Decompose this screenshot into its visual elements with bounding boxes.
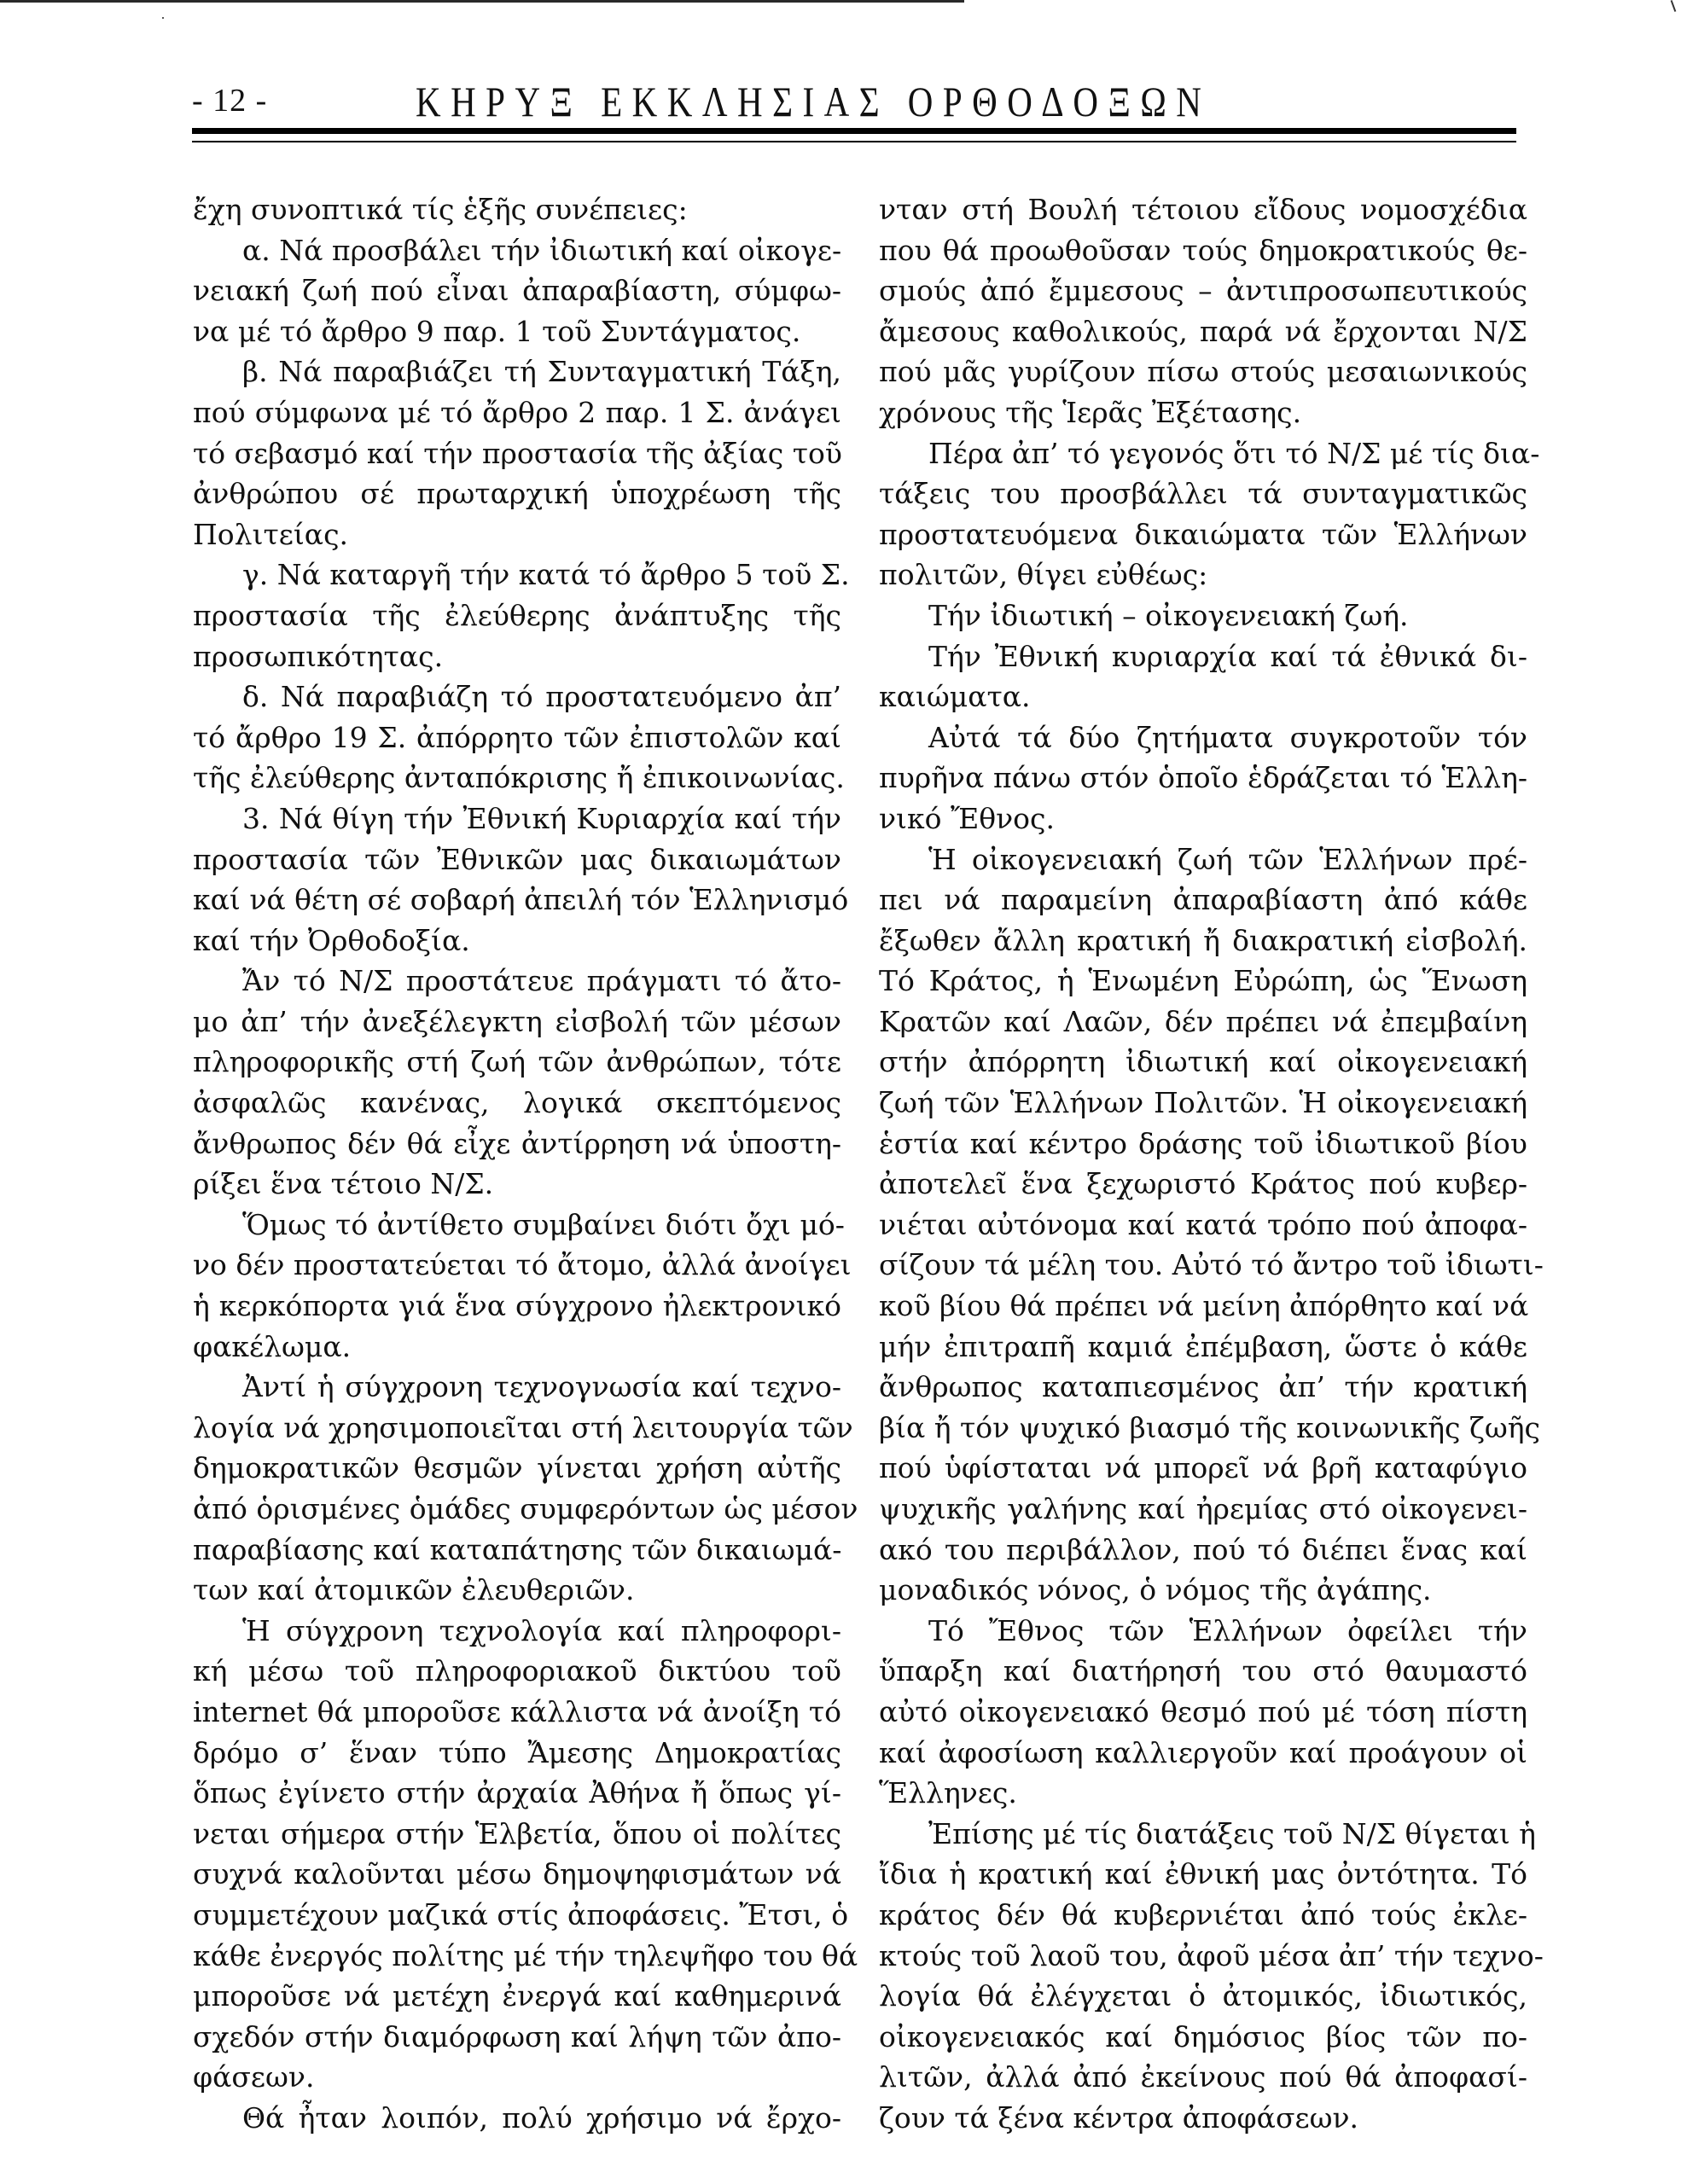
text-line: Πέρα ἀπ’ τό γεγονός ὅτι τό Ν/Σ μέ τίς δι… bbox=[879, 433, 1527, 474]
text-line: μήν ἐπιτραπῆ καμιά ἐπέμβαση, ὥστε ὁ κάθε bbox=[879, 1327, 1527, 1368]
left-text-column: ἔχη συνοπτικά τίς ἑξῆς συνέπειες:α. Νά π… bbox=[193, 189, 841, 2139]
text-line: σμούς ἀπό ἔμμεσους – ἀντιπροσωπευτικούς bbox=[879, 270, 1527, 311]
text-line: νειακή ζωή πού εἶναι ἀπαραβίαστη, σύμφω- bbox=[193, 270, 841, 311]
text-line: ἄνθρωπος καταπιεσμένος ἀπ’ τήν κρατική bbox=[879, 1367, 1527, 1408]
text-line: ἀποτελεῖ ἕνα ξεχωριστό Κράτος πού κυβερ- bbox=[879, 1164, 1527, 1205]
text-line: πληροφορικῆς στή ζωή τῶν ἀνθρώπων, τότε bbox=[193, 1042, 841, 1083]
text-line: Κρατῶν καί Λαῶν, δέν πρέπει νά ἐπεμβαίνη bbox=[879, 1002, 1527, 1043]
text-line: πού ὑφίσταται νά μπορεῖ νά βρῆ καταφύγιο bbox=[879, 1448, 1527, 1489]
page-header: - 12 - ΚΗΡΥΞ ΕΚΚΛΗΣΙΑΣ ΟΡΘΟΔΟΞΩΝ bbox=[192, 77, 1515, 128]
text-line: καί τήν Ὀρθοδοξία. bbox=[193, 921, 841, 961]
text-line: Ἕλληνες. bbox=[879, 1773, 1527, 1814]
text-line: νιέται αὐτόνομα καί κατά τρόπο πού ἀποφα… bbox=[879, 1205, 1527, 1246]
text-line: Ἀντί ἡ σύγχρονη τεχνογνωσία καί τεχνο- bbox=[193, 1367, 841, 1408]
text-line: να μέ τό ἄρθρο 9 παρ. 1 τοῦ Συντάγματος. bbox=[193, 311, 841, 352]
text-line: ἡ κερκόπορτα γιά ἕνα σύγχρονο ἠλεκτρονικ… bbox=[193, 1286, 841, 1327]
text-line: νεται σήμερα στήν Ἑλβετία, ὅπου οἱ πολίτ… bbox=[193, 1814, 841, 1855]
scan-edge-artifact bbox=[0, 0, 964, 3]
text-line: φακέλωμα. bbox=[193, 1327, 841, 1368]
text-line: κοῦ βίου θά πρέπει νά μείνη ἀπόρθητο καί… bbox=[879, 1286, 1527, 1327]
text-line: προστασία τῆς ἐλεύθερης ἀνάπτυξης τῆς bbox=[193, 595, 841, 636]
text-line: Ἄν τό Ν/Σ προστάτευε πράγματι τό ἄτο- bbox=[193, 961, 841, 1002]
text-line: ἄμεσους καθολικούς, παρά νά ἔρχονται Ν/Σ bbox=[879, 311, 1527, 352]
text-line: καιώματα. bbox=[879, 677, 1527, 717]
text-line: ἀνθρώπου σέ πρωταρχική ὑποχρέωση τῆς bbox=[193, 473, 841, 514]
text-line: α. Νά προσβάλει τήν ἰδιωτική καί οἰκογε- bbox=[193, 230, 841, 271]
text-line: Ἡ οἰκογενειακή ζωή τῶν Ἑλλήνων πρέ- bbox=[879, 839, 1527, 880]
text-line: συμμετέχουν μαζικά στίς ἀποφάσεις. Ἔτσι,… bbox=[193, 1895, 841, 1936]
text-line: παραβίασης καί καταπάτησης τῶν δικαιωμά- bbox=[193, 1530, 841, 1571]
text-line: Ἐπίσης μέ τίς διατάξεις τοῦ Ν/Σ θίγεται … bbox=[879, 1814, 1527, 1855]
text-line: τό ἄρθρο 19 Σ. ἀπόρρητο τῶν ἐπιστολῶν κα… bbox=[193, 717, 841, 758]
text-line: Ἡ σύγχρονη τεχνολογία καί πληροφορι- bbox=[193, 1611, 841, 1652]
text-line: πολιτῶν, θίγει εὐθέως: bbox=[879, 555, 1527, 595]
text-line: ὅπως ἐγίνετο στήν ἀρχαία Ἀθήνα ἤ ὅπως γί… bbox=[193, 1773, 841, 1814]
text-line: καί νά θέτη σέ σοβαρή ἀπειλή τόν Ἑλληνισ… bbox=[193, 880, 841, 921]
text-line: πού σύμφωνα μέ τό ἄρθρο 2 παρ. 1 Σ. ἀνάγ… bbox=[193, 392, 841, 433]
text-line: προσωπικότητας. bbox=[193, 636, 841, 677]
text-line: ὕπαρξη καί διατήρησή του στό θαυμαστό bbox=[879, 1651, 1527, 1692]
text-line: β. Νά παραβιάζει τή Συνταγματική Τάξη, bbox=[193, 351, 841, 392]
text-line: ζωή τῶν Ἑλλήνων Πολιτῶν. Ἡ οἰκογενειακή bbox=[879, 1083, 1527, 1124]
text-line: 3. Νά θίγη τήν Ἐθνική Κυριαρχία καί τήν bbox=[193, 799, 841, 839]
text-line: κή μέσω τοῦ πληροφοριακοῦ δικτύου τοῦ bbox=[193, 1651, 841, 1692]
text-line: Τό Κράτος, ἡ Ἑνωμένη Εὐρώπη, ὡς Ἕνωση bbox=[879, 961, 1527, 1002]
text-line: λογία νά χρησιμοποιεῖται στή λειτουργία … bbox=[193, 1408, 841, 1449]
text-line: ἄνθρωπος δέν θά εἶχε ἀντίρρηση νά ὑποστη… bbox=[193, 1124, 841, 1165]
text-line: χρόνους τῆς Ἱερᾶς Ἐξέτασης. bbox=[879, 392, 1527, 433]
text-line: ψυχικῆς γαλήνης καί ἠρεμίας στό οἰκογενε… bbox=[879, 1489, 1527, 1530]
right-text-column: νταν στή Βουλή τέτοιου εἴδους νομοσχέδια… bbox=[879, 189, 1527, 2139]
text-line: Τό Ἔθνος τῶν Ἑλλήνων ὀφείλει τήν bbox=[879, 1611, 1527, 1652]
publication-masthead: ΚΗΡΥΞ ΕΚΚΛΗΣΙΑΣ ΟΡΘΟΔΟΞΩΝ bbox=[416, 77, 1211, 126]
header-rule-thin bbox=[192, 141, 1516, 142]
text-line: κράτος δέν θά κυβερνιέται ἀπό τούς ἐκλε- bbox=[879, 1895, 1527, 1936]
text-line: που θά προωθοῦσαν τούς δημοκρατικούς θε- bbox=[879, 230, 1527, 271]
page-number: - 12 - bbox=[192, 82, 267, 119]
text-line: δ. Νά παραβιάζη τό προστατευόμενο ἀπ’ bbox=[193, 677, 841, 717]
text-line: ἴδια ἡ κρατική καί ἐθνική μας ὀντότητα. … bbox=[879, 1854, 1527, 1895]
text-line: γ. Νά καταργῆ τήν κατά τό ἄρθρο 5 τοῦ Σ. bbox=[193, 555, 841, 595]
text-line: λογία θά ἐλέγχεται ὁ ἀτομικός, ἰδιωτικός… bbox=[879, 1976, 1527, 2017]
text-line: οἰκογενειακός καί δημόσιος βίος τῶν πο- bbox=[879, 2017, 1527, 2058]
scan-corner-artifact bbox=[1671, 0, 1677, 12]
text-line: ἔξωθεν ἄλλη κρατική ἤ διακρατική εἰσβολή… bbox=[879, 921, 1527, 961]
text-line: Πολιτείας. bbox=[193, 514, 841, 555]
text-line: Τήν ἰδιωτική – οἰκογενειακή ζωή. bbox=[879, 595, 1527, 636]
text-line: νο δέν προστατεύεται τό ἄτομο, ἀλλά ἀνοί… bbox=[193, 1245, 841, 1286]
text-line: ακό του περιβάλλον, πού τό διέπει ἕνας κ… bbox=[879, 1530, 1527, 1571]
text-line: πυρῆνα πάνω στόν ὁποῖο ἑδράζεται τό Ἑλλη… bbox=[879, 758, 1527, 799]
text-line: μποροῦσε νά μετέχη ἐνεργά καί καθημερινά bbox=[193, 1976, 841, 2017]
text-line: δημοκρατικῶν θεσμῶν γίνεται χρήση αὐτῆς bbox=[193, 1448, 841, 1489]
text-line: ρίξει ἕνα τέτοιο Ν/Σ. bbox=[193, 1164, 841, 1205]
text-line: προστατευόμενα δικαιώματα τῶν Ἑλλήνων bbox=[879, 514, 1527, 555]
text-line: internet θά μποροῦσε κάλλιστα νά ἀνοίξη … bbox=[193, 1692, 841, 1733]
text-line: Τήν Ἐθνική κυριαρχία καί τά ἐθνικά δι- bbox=[879, 636, 1527, 677]
text-line: πει νά παραμείνη ἀπαραβίαστη ἀπό κάθε bbox=[879, 880, 1527, 921]
text-line: σίζουν τά μέλη του. Αὐτό τό ἄντρο τοῦ ἰδ… bbox=[879, 1245, 1527, 1286]
text-line: στήν ἀπόρρητη ἰδιωτική καί οἰκογενειακή bbox=[879, 1042, 1527, 1083]
text-line: μοναδικός νόνος, ὁ νόμος τῆς ἀγάπης. bbox=[879, 1570, 1527, 1611]
text-line: ζουν τά ξένα κέντρα ἀποφάσεων. bbox=[879, 2098, 1527, 2139]
text-line: ἔχη συνοπτικά τίς ἑξῆς συνέπειες: bbox=[193, 189, 841, 230]
text-line: προστασία τῶν Ἐθνικῶν μας δικαιωμάτων bbox=[193, 839, 841, 880]
text-line: κάθε ἐνεργός πολίτης μέ τήν τηλεψῆφο του… bbox=[193, 1936, 841, 1977]
text-line: πού μᾶς γυρίζουν πίσω στούς μεσαιωνικούς bbox=[879, 351, 1527, 392]
text-line: Αὐτά τά δύο ζητήματα συγκροτοῦν τόν bbox=[879, 717, 1527, 758]
text-line: κτούς τοῦ λαοῦ του, ἀφοῦ μέσα ἀπ’ τήν τε… bbox=[879, 1936, 1527, 1977]
text-line: Θά ἦταν λοιπόν, πολύ χρήσιμο νά ἔρχο- bbox=[193, 2098, 841, 2139]
text-line: βία ἤ τόν ψυχικό βιασμό τῆς κοινωνικῆς ζ… bbox=[879, 1408, 1527, 1449]
text-line: αὐτό οἰκογενειακό θεσμό πού μέ τόση πίστ… bbox=[879, 1692, 1527, 1733]
text-line: νικό Ἔθνος. bbox=[879, 799, 1527, 839]
text-line: μο ἀπ’ τήν ἀνεξέλεγκτη εἰσβολή τῶν μέσων bbox=[193, 1002, 841, 1043]
scan-dust-artifact bbox=[162, 17, 164, 19]
text-line: ἀσφαλῶς κανένας, λογικά σκεπτόμενος bbox=[193, 1083, 841, 1124]
text-line: σχεδόν στήν διαμόρφωση καί λήψη τῶν ἀπο- bbox=[193, 2017, 841, 2058]
text-line: Ὅμως τό ἀντίθετο συμβαίνει διότι ὄχι μό- bbox=[193, 1205, 841, 1246]
text-line: συχνά καλοῦνται μέσω δημοψηφισμάτων νά bbox=[193, 1854, 841, 1895]
text-line: ἀπό ὁρισμένες ὁμάδες συμφερόντων ὡς μέσο… bbox=[193, 1489, 841, 1530]
text-line: ἑστία καί κέντρο δράσης τοῦ ἰδιωτικοῦ βί… bbox=[879, 1124, 1527, 1165]
text-line: φάσεων. bbox=[193, 2057, 841, 2098]
text-line: τάξεις του προσβάλλει τά συνταγματικῶς bbox=[879, 473, 1527, 514]
text-line: λιτῶν, ἀλλά ἀπό ἐκείνους πού θά ἀποφασί- bbox=[879, 2057, 1527, 2098]
text-line: δρόμο σ’ ἕναν τύπο Ἄμεσης Δημοκρατίας bbox=[193, 1733, 841, 1774]
text-line: τό σεβασμό καί τήν προστασία τῆς ἀξίας τ… bbox=[193, 433, 841, 474]
text-line: των καί ἀτομικῶν ἐλευθεριῶν. bbox=[193, 1570, 841, 1611]
text-line: τῆς ἐλεύθερης ἀνταπόκρισης ἤ ἐπικοινωνία… bbox=[193, 758, 841, 799]
text-line: νταν στή Βουλή τέτοιου εἴδους νομοσχέδια bbox=[879, 189, 1527, 230]
text-line: καί ἀφοσίωση καλλιεργοῦν καί προάγουν οἱ bbox=[879, 1733, 1527, 1774]
header-rule-thick bbox=[192, 128, 1516, 134]
